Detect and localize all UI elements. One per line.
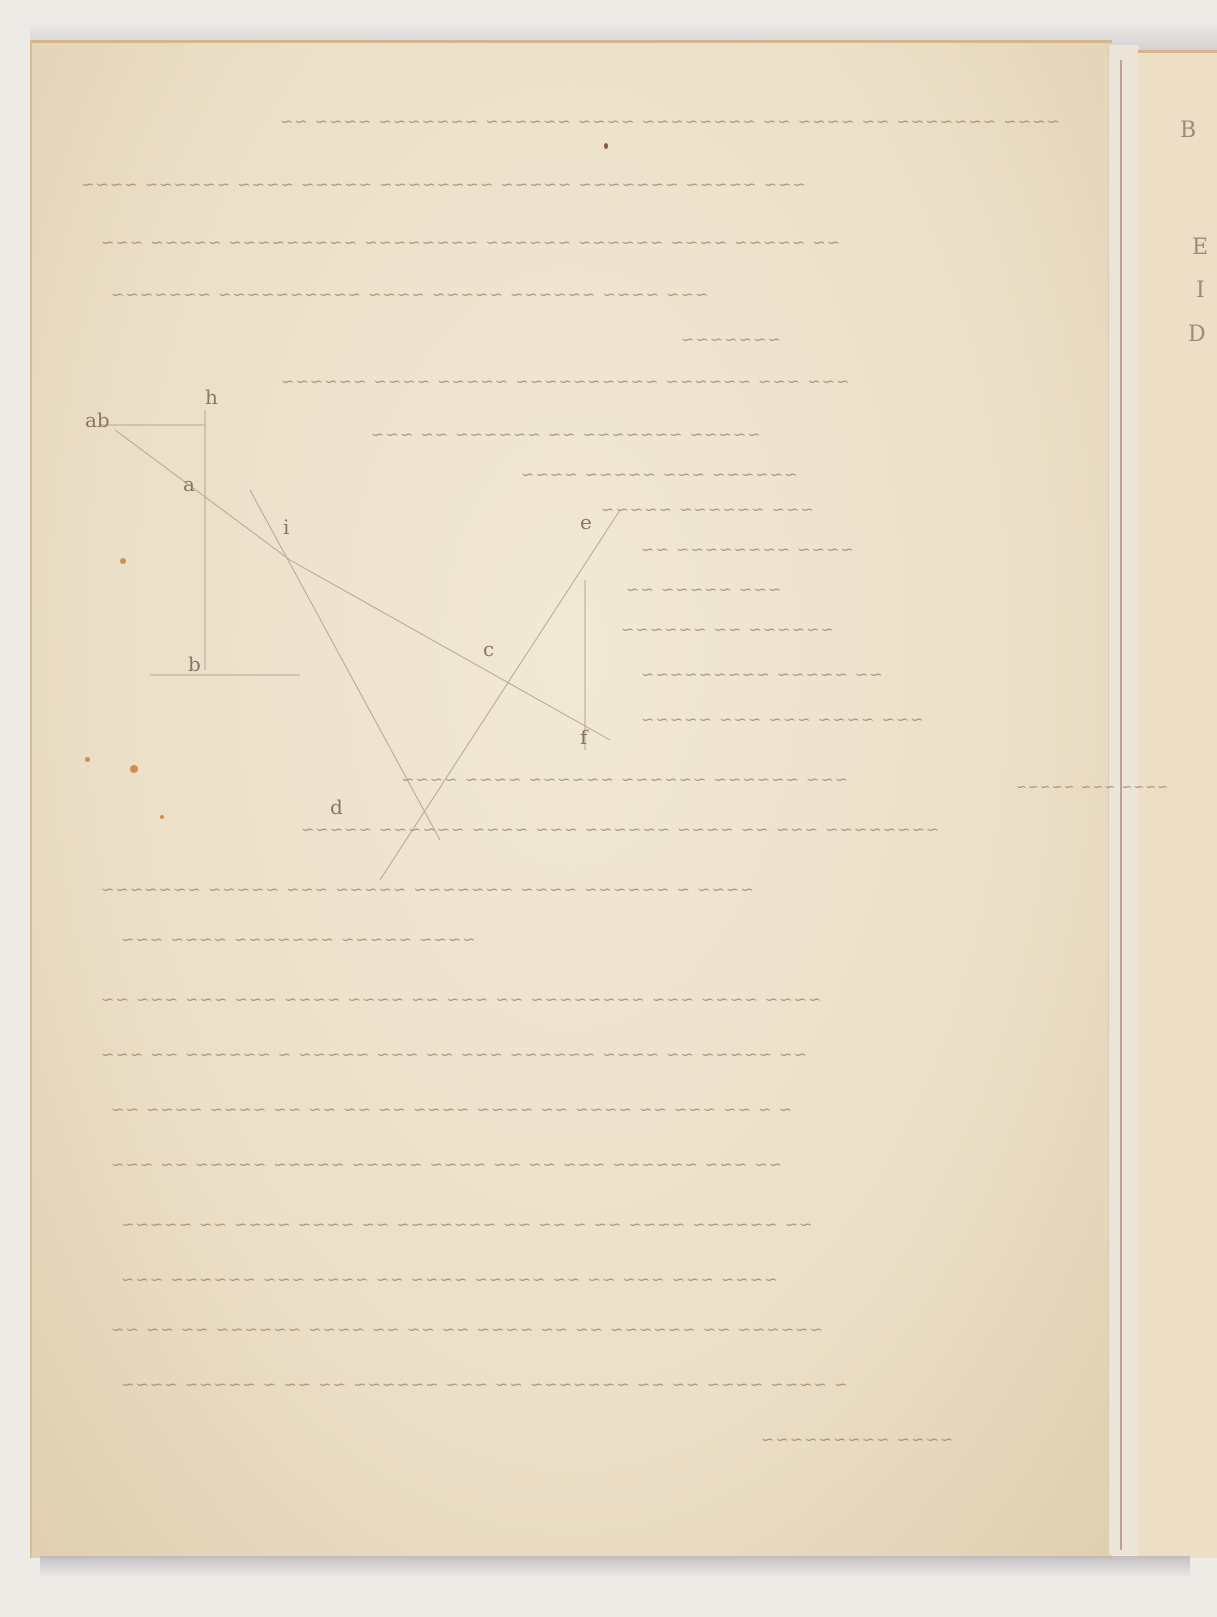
right-label-D: D: [1188, 322, 1206, 347]
text-line: ~~~~~ ~~~~~~~ ~~ ~~~~~~ ~~ ~~~: [370, 425, 761, 444]
text-line: ~~~ ~~~~~ ~~~~~~~ ~~~~~ ~~~~~~~~ ~~~~~ ~…: [80, 175, 806, 194]
diagram-label-b: b: [188, 652, 201, 676]
text-line: ~~ ~~~~~ ~~~~ ~~~~~~ ~~~~~~ ~~~~~~~~ ~~~…: [100, 233, 840, 252]
text-line: ~~~~ ~ ~~~~~~ ~~~~ ~~~~~~~ ~~~~~ ~~~ ~~~…: [100, 880, 754, 899]
right-label-E: E: [1192, 235, 1208, 260]
text-line: ~~~~~~~~ ~~~ ~~ ~~~~ ~~~~~~ ~~~ ~~~~ ~~~…: [300, 820, 939, 839]
fold-line: [1120, 60, 1122, 1550]
text-line: ~~~~ ~~~~ ~~~ ~~~~~~~~ ~~ ~~~ ~~ ~~~~ ~~…: [100, 990, 821, 1009]
ink-stain: [160, 815, 164, 819]
text-line: ~~~ ~~~~~~ ~~~~~: [600, 500, 814, 519]
ink-stain: [130, 765, 138, 773]
binding-strip: [1108, 45, 1139, 1555]
text-line: ~ ~~~~ ~~~~ ~~ ~~ ~~~~~~~ ~~ ~~~ ~~~~~~ …: [120, 1375, 847, 1394]
diagram-label-d: d: [330, 795, 343, 819]
text-line: ~~~~ ~~~~~~~~ ~~: [640, 540, 854, 559]
text-line: ~ ~ ~~ ~~~ ~~ ~~~~ ~~ ~~~~ ~~~~ ~~ ~~ ~~…: [110, 1100, 792, 1119]
diagram-label-ab: ab: [85, 408, 110, 432]
text-line: ~~~ ~~~~~ ~~: [625, 580, 781, 599]
diagram-label-e: e: [580, 510, 592, 534]
text-line: ~~ ~~~ ~~~~~~ ~~~ ~~ ~~ ~~~~ ~~~~~ ~~~~~…: [110, 1155, 782, 1174]
text-line: ~~~~~~ ~~ ~~~~~~: [620, 620, 834, 639]
diagram-label-a: a: [183, 472, 195, 496]
text-line: ~~~~~~ ~~~ ~~~~~ ~~~~: [520, 465, 798, 484]
text-line: ~~~~~~ ~~ ~~~~~~ ~~ ~~ ~~~~ ~~ ~~ ~~ ~~~…: [110, 1320, 823, 1339]
diagram-label-c: c: [483, 637, 494, 661]
text-line: ~~ ~~~~~ ~~ ~~~~ ~~~~~~ ~~~ ~~ ~~~ ~~~~~…: [100, 1045, 807, 1064]
ink-stain: [120, 558, 126, 564]
margin-note: ~~~~ ~~~ ~~~~~: [1015, 780, 1168, 795]
text-line: ~~~~ ~~~ ~~~ ~~ ~~ ~~~~~ ~~~~ ~~ ~~~~ ~~…: [120, 1270, 778, 1289]
text-line: ~~~~ ~~~~~ ~~~~~~~ ~~~~ ~~~: [120, 930, 476, 949]
text-line: ~~~ ~~~~~~ ~~~~~~ ~~~~~~ ~~~~ ~~~~: [400, 770, 848, 789]
ink-stain: [85, 757, 90, 762]
text-line: ~~ ~~~~~ ~~~~~~~~~: [640, 665, 883, 684]
text-line: ~~~~~~~: [680, 330, 781, 349]
diagram-label-h: h: [205, 385, 218, 409]
diagram-label-f: f: [580, 725, 587, 749]
manuscript-page-right: [1138, 50, 1217, 1558]
text-line: ~~~ ~~~~ ~~~~~~ ~~~~~ ~~~~ ~~~~~~~~~~ ~~…: [110, 285, 708, 304]
text-line: ~~~ ~~~ ~~~~~~ ~~~~~~~~~~ ~~~~~ ~~~~ ~~~…: [280, 372, 850, 391]
right-label-B: B: [1180, 118, 1196, 143]
ink-stain: [604, 143, 608, 149]
right-label-I: I: [1196, 278, 1205, 303]
text-line: ~~~~ ~~~~~~~~~: [760, 1430, 953, 1449]
page-shadow-bottom: [40, 1556, 1190, 1578]
text-line: ~~ ~~~~~~ ~~~~ ~~ ~ ~~ ~~ ~~~~~~~ ~~ ~~~…: [120, 1215, 813, 1234]
diagram-label-i: i: [283, 515, 289, 539]
text-line: ~~~~ ~~~~~~~ ~~ ~~~~ ~~ ~~~~~~~~ ~~~~ ~~…: [100, 112, 1060, 131]
text-line: ~~~ ~~~~ ~~~ ~~~ ~~~~~: [640, 710, 924, 729]
